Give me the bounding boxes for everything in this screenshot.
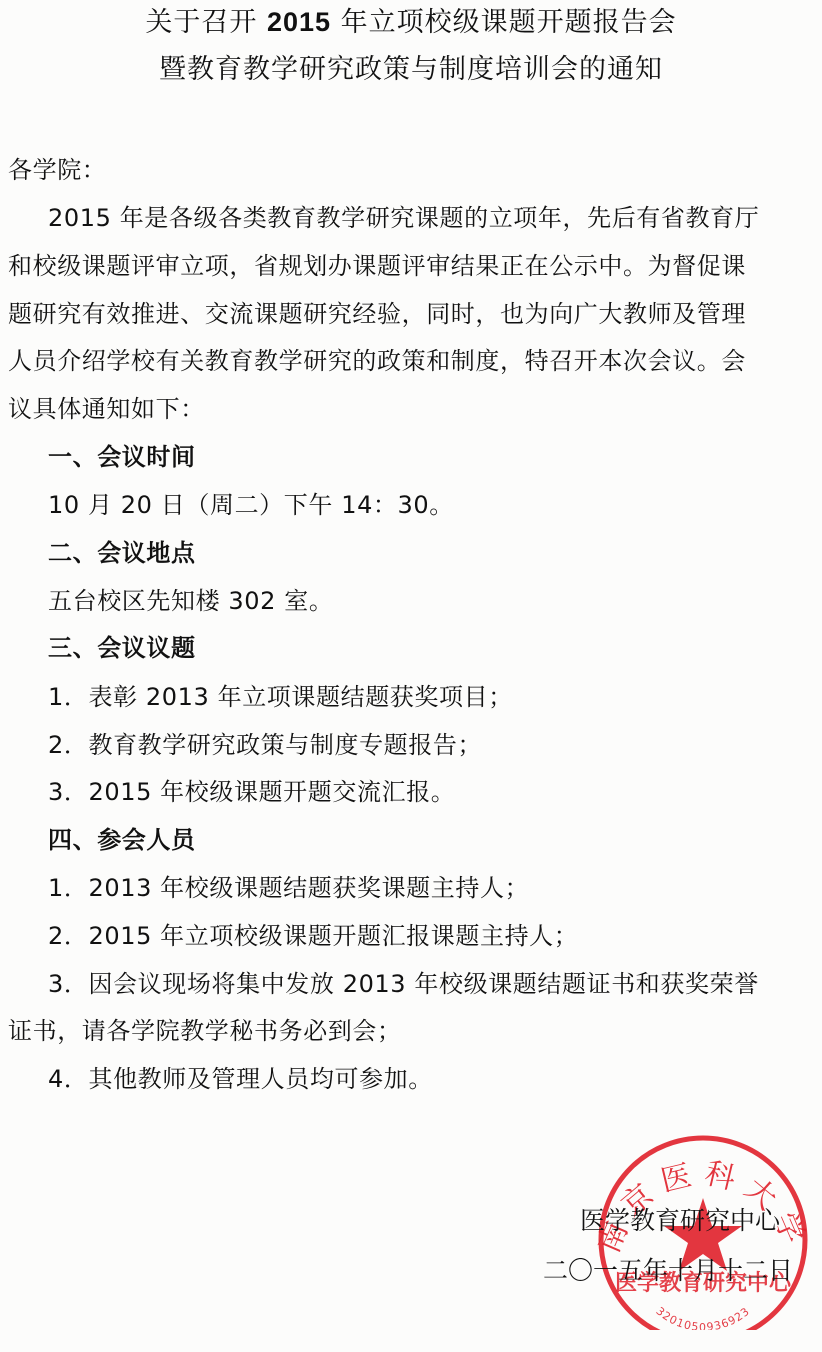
agenda-item: 2．教育教学研究政策与制度专题报告； — [48, 730, 482, 760]
agenda-item: 3．2015 年校级课题开题交流汇报。 — [48, 777, 455, 807]
title-year: 2015 — [267, 7, 331, 37]
salutation: 各学院： — [8, 155, 106, 185]
intro-line: 议具体通知如下： — [8, 394, 205, 424]
document-title-line-1: 关于召开 2015 年立项校级课题开题报告会 — [0, 5, 822, 40]
signature-date: 二〇一五年十月十二日 — [543, 1256, 793, 1286]
attendee-item: 4．其他教师及管理人员均可参加。 — [48, 1064, 433, 1094]
attendee-item: 3．因会议现场将集中发放 2013 年校级课题结题证书和获奖荣誉 — [48, 969, 759, 999]
attendee-item: 1．2013 年校级课题结题获奖课题主持人； — [48, 873, 529, 903]
svg-text:3201050936923: 3201050936923 — [654, 1305, 753, 1330]
section-heading-agenda: 三、会议议题 — [48, 633, 196, 663]
intro-line: 人员介绍学校有关教育教学研究的政策和制度，特召开本次会议。会 — [8, 346, 746, 376]
section-heading-location: 二、会议地点 — [48, 538, 196, 568]
intro-line: 2015 年是各级各类教育教学研究课题的立项年，先后有省教育厅 — [48, 203, 759, 233]
meeting-time: 10 月 20 日（周二）下午 14：30。 — [48, 490, 454, 520]
attendee-item-continued: 证书，请各学院教学秘书务必到会； — [8, 1016, 402, 1046]
title-prefix: 关于召开 — [145, 7, 257, 38]
document-title-line-2: 暨教育教学研究政策与制度培训会的通知 — [0, 53, 822, 87]
attendee-item: 2．2015 年立项校级课题开题汇报课题主持人； — [48, 921, 578, 951]
intro-line: 题研究有效推进、交流课题研究经验，同时，也为向广大教师及管理 — [8, 299, 746, 329]
title-suffix: 年立项校级课题开题报告会 — [341, 7, 677, 38]
section-heading-time: 一、会议时间 — [48, 442, 196, 472]
signature-organization: 医学教育研究中心 — [580, 1206, 780, 1236]
meeting-location: 五台校区先知楼 302 室。 — [48, 586, 333, 616]
intro-line: 和校级课题评审立项，省规划办课题评审结果正在公示中。为督促课 — [8, 251, 746, 281]
section-heading-attendees: 四、参会人员 — [48, 825, 196, 855]
agenda-item: 1．表彰 2013 年立项课题结题获奖项目； — [48, 682, 513, 712]
